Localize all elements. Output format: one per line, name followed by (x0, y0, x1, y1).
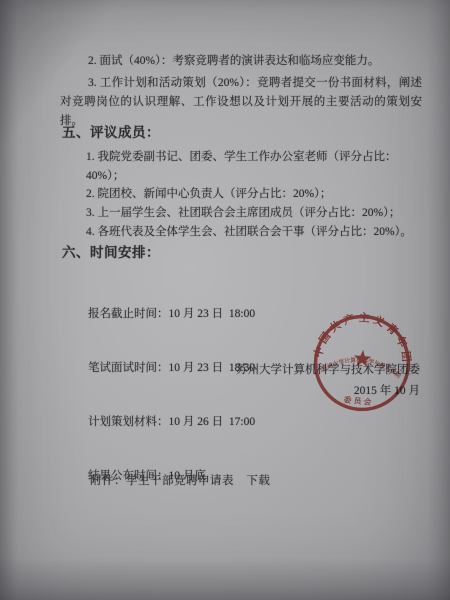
section-five-heading: 五、评议成员： (62, 124, 160, 142)
schedule-line: 笔试面试时间：10 月 23 日 18:30 (88, 359, 255, 377)
official-seal-stamp: 中国共产主义青年团 苏州大学计算机科学与技术学院 委员会 (307, 308, 418, 419)
schedule-line: 报名截止时间：10 月 23 日 18:00 (88, 305, 255, 323)
attachment-line: 附件：学生干部竞聘申请表 下载 (90, 472, 270, 491)
schedule-line: 计划策划材料：10 月 26 日 17:00 (88, 413, 255, 431)
seal-icon: 中国共产主义青年团 苏州大学计算机科学与技术学院 委员会 (307, 308, 418, 419)
list-item: 2. 院团校、新闻中心负责人（评分占比：20%）； (60, 185, 432, 204)
seal-bottom-text: 委员会 (343, 394, 374, 407)
section-five-list: 1. 我院党委副书记、团委、学生工作办公室老师（评分占比：40%）； 2. 院团… (60, 148, 432, 242)
list-item: 4. 各班代表及全体学生会、社团联合会干事（评分占比：20%）。 (60, 223, 432, 242)
list-item: 3. 上一届学生会、社团联合会主席团成员（评分占比：20%）； (60, 204, 432, 223)
intro-item-3: 3. 工作计划和活动策划（20%）：竞聘者提交一份书面材料，阐述对竞聘岗位的认识… (60, 74, 422, 131)
section-six-heading: 六、时间安排： (62, 244, 160, 262)
document-photo: 2. 面试（40%）：考察竞聘者的演讲表达和临场应变能力。 3. 工作计划和活动… (0, 0, 450, 600)
attachment-label: 附件：学生干部竞聘申请表 (90, 475, 234, 487)
list-item: 1. 我院党委副书记、团委、学生工作办公室老师（评分占比：40%）； (60, 148, 432, 185)
download-link: 下载 (246, 475, 270, 487)
intro-item-2: 2. 面试（40%）：考察竞聘者的演讲表达和临场应变能力。 (60, 52, 422, 71)
